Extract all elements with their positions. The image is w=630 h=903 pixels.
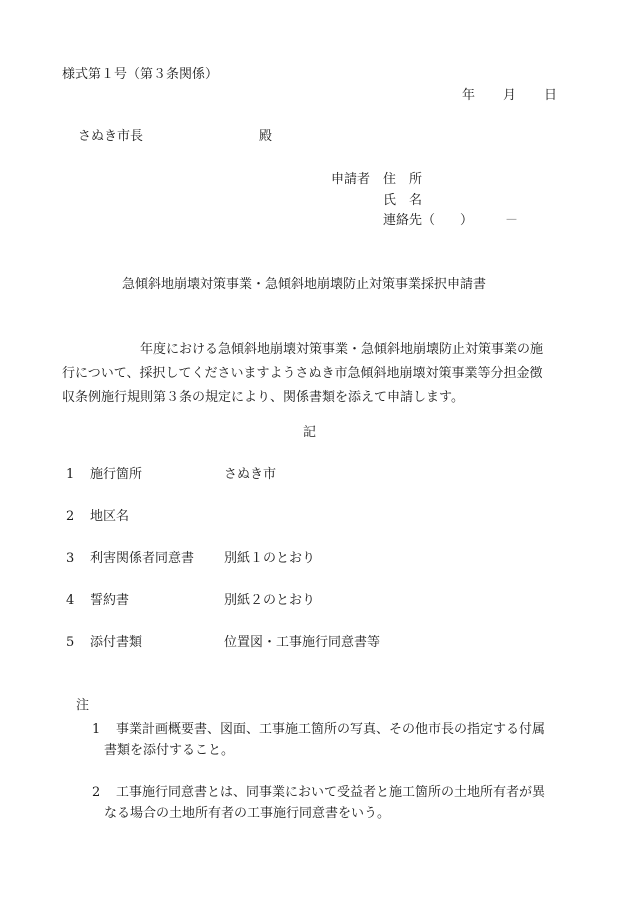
item-num: 4 [66,593,74,609]
date-day: 日 [544,88,557,104]
document-title: 急傾斜地崩壊対策事業・急傾斜地崩壊防止対策事業採択申請書 [122,277,486,293]
body-line-3: 収条例施行規則第３条の規定により、関係書類を添えて申請します。 [62,386,562,410]
item-num: 1 [66,467,74,483]
item-value: さぬき市 [224,467,276,483]
item-value: 位置図・工事施行同意書等 [224,635,380,651]
ki-heading: 記 [303,425,316,441]
addressee-honorific: 殿 [259,129,272,145]
item-label: 添付書類 [90,635,142,651]
date-month: 月 [503,88,516,104]
note-line: 事業計画概要書、図面、工事施工箇所の写真、その他市長の指定する付属 [116,719,586,740]
item-label: 誓約書 [90,593,129,609]
note-line: 書類を添付すること。 [104,740,574,761]
applicant-contact-paren-close: ） [460,213,473,229]
body-line-2: 行について、採択してくださいますようさぬき市急傾斜地崩壊対策事業等分担金徴 [62,362,562,386]
body-line-1: 年度における急傾斜地崩壊対策事業・急傾斜地崩壊防止対策事業の施 [140,342,543,357]
note-line: 工事施行同意書とは、同事業において受益者と施工箇所の土地所有者が異 [116,782,586,803]
form-number: 様式第１号（第３条関係） [62,67,218,83]
applicant-name-label: 氏 名 [383,193,422,209]
addressee-name: さぬき市長 [78,129,143,145]
applicant-contact-label: 連絡先（ [383,213,435,229]
item-value: 別紙２のとおり [224,593,315,609]
item-label: 利害関係者同意書 [90,551,194,567]
applicant-label: 申請者 [331,172,370,188]
applicant-address-label: 住 所 [383,172,422,188]
note-line: なる場合の土地所有者の工事施行同意書をいう。 [104,803,574,824]
notes-heading: 注 [76,698,89,714]
item-label: 地区名 [90,509,129,525]
item-num: 3 [66,551,74,567]
note-num: 1 [92,719,100,740]
item-num: 2 [66,509,74,525]
note-num: 2 [92,782,100,803]
body-paragraph: 年度における急傾斜地崩壊対策事業・急傾斜地崩壊防止対策事業の施 行について、採択… [62,338,562,410]
item-value: 別紙１のとおり [224,551,315,567]
date-year: 年 [462,88,475,104]
item-label: 施行箇所 [90,467,142,483]
applicant-contact-dash: － [505,213,518,229]
item-num: 5 [66,635,74,651]
